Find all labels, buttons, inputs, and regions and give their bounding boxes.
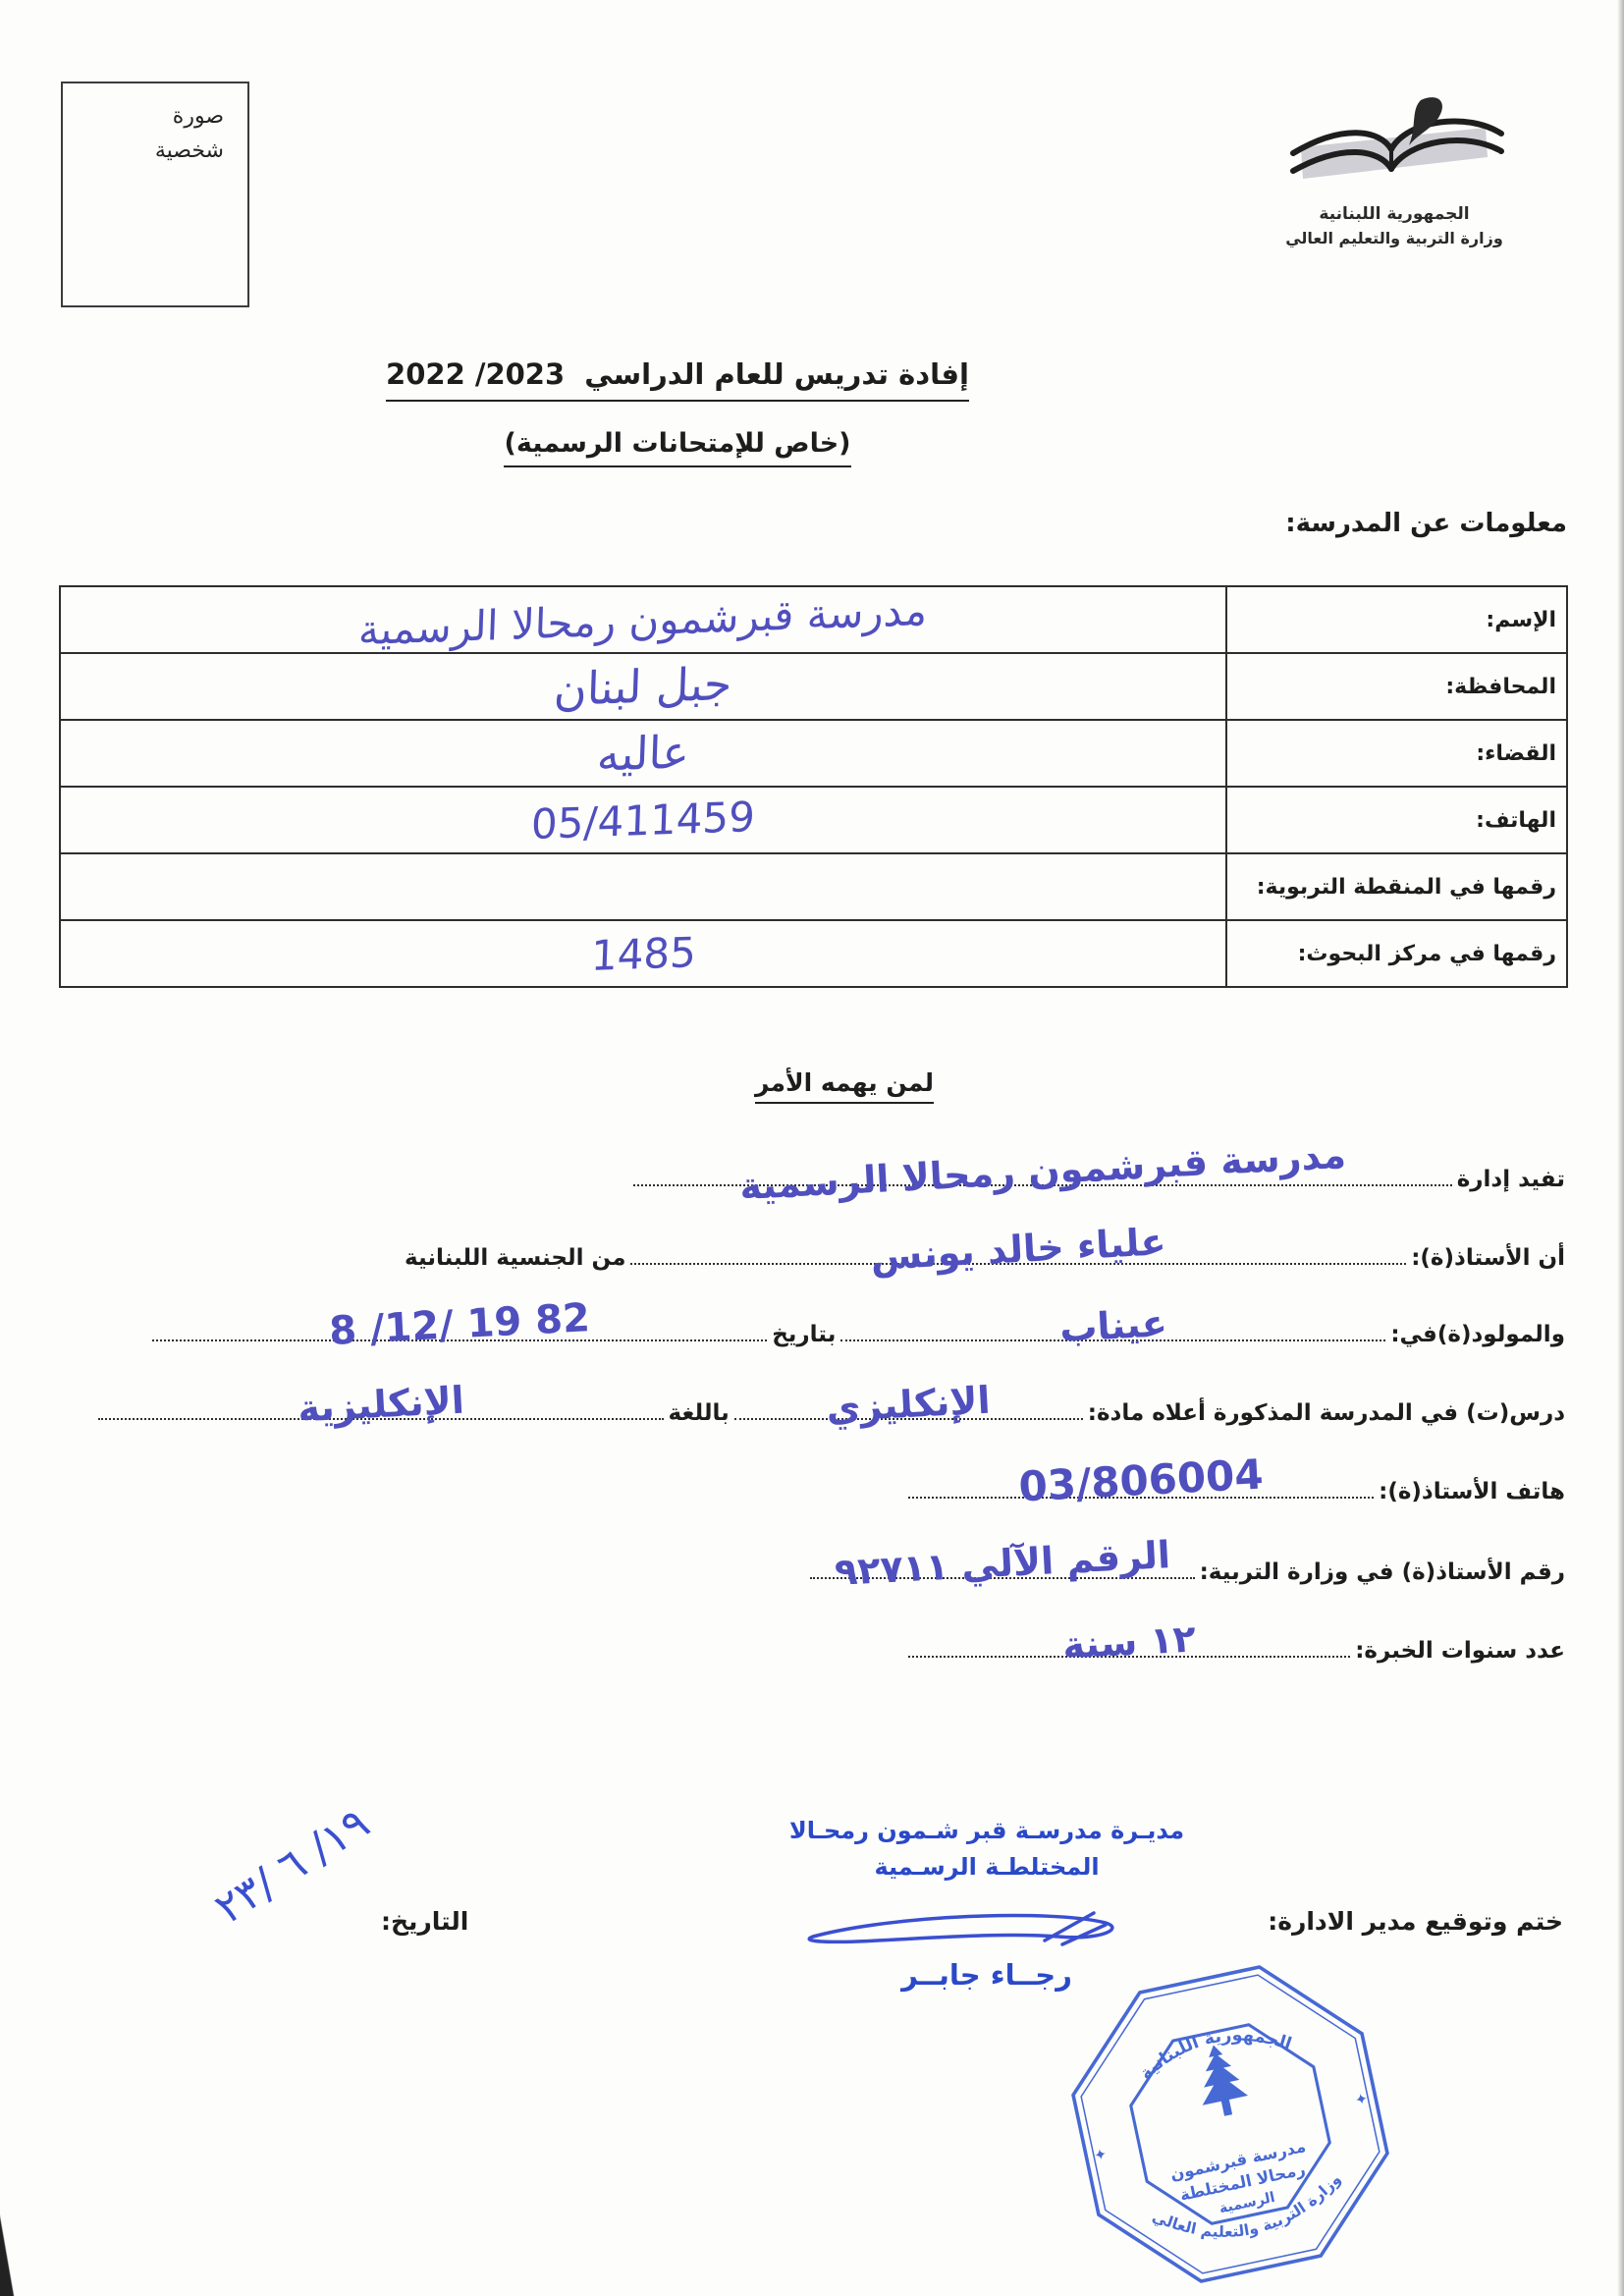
document-title: إفادة تدريس للعام الدراسي 2022 /2023 — [386, 357, 969, 402]
document-subtitle: (خاص للإمتحانات الرسمية) — [504, 428, 850, 467]
scan-edge-shadow — [1617, 0, 1624, 2296]
table-row-phone: الهاتف: 05/411459 — [60, 787, 1567, 853]
school-name-handwritten: مدرسة قبرشمون رمحالا الرسمية — [358, 585, 929, 653]
row-label: الإسم: — [1226, 586, 1567, 653]
experience-handwritten: ١٢ سنة — [1061, 1616, 1197, 1667]
table-row-district: القضاء: عاليه — [60, 720, 1567, 787]
table-row-governorate: المحافظة: جبل لبنان — [60, 653, 1567, 720]
row-label: رقمها في مركز البحوث: — [1226, 920, 1567, 987]
photo-box-label-line2: شخصية — [155, 134, 224, 168]
director-title-line1: مديـرة مدرسـة قبر شـمون رمحـالا — [766, 1817, 1208, 1844]
line-school-administration: تفيد إدارة مدرسة قبرشمون رمحالا الرسمية — [628, 1139, 1565, 1196]
official-stamp: الجمهورية اللبنانية وزارة التربية والتعل… — [1058, 1952, 1402, 2296]
ministry-name: الجمهورية اللبنانية — [1259, 204, 1530, 224]
line-experience-years: عدد سنوات الخبرة: ١٢ سنة — [903, 1611, 1565, 1667]
line-teacher-phone: هاتف الأستاذ(ة): 03/806004 — [903, 1451, 1565, 1508]
table-row-name: الإسم: مدرسة قبرشمون رمحالا الرسمية — [60, 586, 1567, 653]
line-teacher-name: أن الأستاذ(ة): علياء خالد يونس من الجنسي… — [405, 1218, 1565, 1275]
teacher-name-handwritten: علياء خالد يونس — [870, 1220, 1167, 1279]
row-label: المحافظة: — [1226, 653, 1567, 720]
stamp-star-left: ✦ — [1093, 2145, 1109, 2164]
document-heading: إفادة تدريس للعام الدراسي 2022 /2023 (خا… — [314, 357, 1041, 467]
scan-corner-artifact — [0, 2206, 16, 2296]
ministry-dept: وزارة التربية والتعليم العالي — [1259, 229, 1530, 247]
table-row-research-number: رقمها في مركز البحوث: 1485 — [60, 920, 1567, 987]
teacher-phone-handwritten: 03/806004 — [1017, 1450, 1264, 1511]
photo-box-label-line1: صورة — [155, 99, 224, 134]
row-label: رقمها في المنقطة التربوية: — [1226, 853, 1567, 920]
birthplace-handwritten: عيناب — [1058, 1301, 1168, 1350]
school-name-handwritten: مدرسة قبرشمون رمحالا الرسمية — [738, 1133, 1347, 1208]
open-book-icon — [1272, 94, 1517, 204]
line-ministry-number: رقم الأستاذ(ة) في وزارة التربية: الرقم ا… — [805, 1532, 1565, 1589]
school-phone-handwritten: 05/411459 — [530, 792, 756, 847]
director-title-line2: المختلطـة الرسـمية — [766, 1853, 1208, 1881]
document-page: صورة شخصية الجمهورية اللبنانية وزارة الت… — [0, 0, 1624, 2296]
cedar-tree-icon — [1191, 2041, 1252, 2120]
ministry-logo: الجمهورية اللبنانية وزارة التربية والتعل… — [1259, 94, 1530, 247]
row-label: الهاتف: — [1226, 787, 1567, 853]
signature-scribble-icon — [805, 1901, 1129, 1960]
document-title-text: إفادة تدريس للعام الدراسي — [584, 357, 969, 391]
line-subject: درس(ت) في المدرسة المذكورة أعلاه مادة: ا… — [93, 1373, 1565, 1430]
director-title-block: مديـرة مدرسـة قبر شـمون رمحـالا المختلطـ… — [766, 1817, 1208, 1881]
row-label: القضاء: — [1226, 720, 1567, 787]
to-whom-heading: لمن يهمه الأمر — [314, 1068, 1375, 1104]
school-year: 2022 /2023 — [386, 357, 565, 391]
birthdate-handwritten: 8 /12/ 19 82 — [328, 1295, 591, 1354]
date-handwritten: ١٩/ ٦ /٢٣ — [71, 1798, 378, 2022]
photo-box: صورة شخصية — [61, 82, 249, 307]
research-number-handwritten: 1485 — [590, 928, 697, 980]
language-handwritten: الإنكليزية — [297, 1379, 465, 1431]
date-label: التاريخ: — [381, 1907, 468, 1936]
ministry-number-handwritten: الرقم الآلي ٩٢٧١١ — [834, 1533, 1171, 1594]
table-row-zone-number: رقمها في المنقطة التربوية: — [60, 853, 1567, 920]
subject-handwritten: الإنكليزي — [826, 1379, 992, 1431]
line-birth: والمولود(ة)في: عيناب بتاريخ 8 /12/ 19 82 — [147, 1294, 1565, 1351]
district-handwritten: عاليه — [596, 725, 690, 781]
school-info-heading: معلومات عن المدرسة: — [1285, 509, 1567, 538]
photo-box-label: صورة شخصية — [155, 99, 224, 168]
seal-signature-label: ختم وتوقيع مدير الادارة: — [1268, 1907, 1563, 1936]
school-info-table: الإسم: مدرسة قبرشمون رمحالا الرسمية المح… — [59, 585, 1568, 988]
governorate-handwritten: جبل لبنان — [553, 657, 732, 716]
